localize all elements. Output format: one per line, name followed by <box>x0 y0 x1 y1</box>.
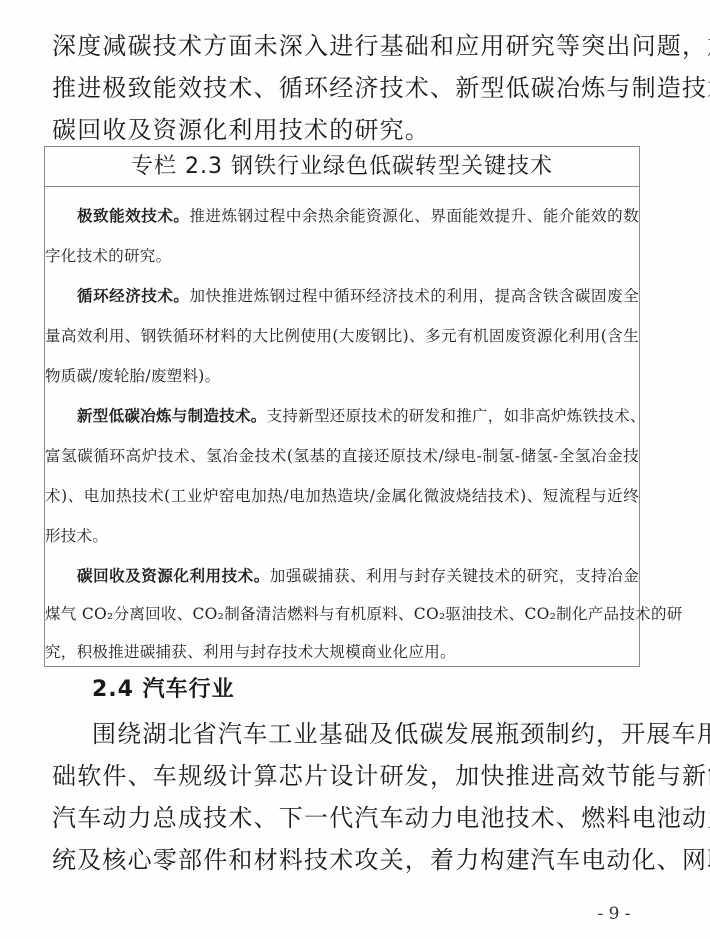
box-item-line: 新型低碳冶炼与制造技术。支持新型还原技术的研发和推广，如非高炉炼铁技术、 <box>77 405 639 427</box>
box-item-line: 究，积极推进碳捕获、利用与封存技术大规模商业化应用。 <box>45 641 639 663</box>
box-item-heading: 循环经济技术。 <box>77 287 189 305</box>
paragraph-line: 深度减碳技术方面未深入进行基础和应用研究等突出问题，加快 <box>52 32 640 60</box>
box-item-heading: 极致能效技术。 <box>77 207 189 225</box>
box-item-heading: 碳回收及资源化利用技术。 <box>77 567 270 585</box>
box-item-line: 碳回收及资源化利用技术。加强碳捕获、利用与封存关键技术的研究，支持冶金 <box>77 565 639 587</box>
page-number: - 9 - <box>586 903 642 925</box>
box-item-line: 极致能效技术。推进炼钢过程中余热余能资源化、界面能效提升、能介能效的数 <box>77 205 639 227</box>
box-item-heading: 新型低碳冶炼与制造技术。 <box>77 407 267 425</box>
box-item-line: 量高效利用、钢铁循环材料的大比例使用(大废钢比)、多元有机固废资源化利用(含生 <box>45 325 639 347</box>
section-heading: 2.4 汽车行业 <box>92 676 235 704</box>
box-item-line: 物质碳/废轮胎/废塑料)。 <box>45 365 639 387</box>
box-item-line: 煤气 CO₂分离回收、CO₂制备清洁燃料与有机原料、CO₂驱油技术、CO₂制化产… <box>45 603 639 625</box>
paragraph-line: 础软件、车规级计算芯片设计研发，加快推进高效节能与新能源 <box>52 762 640 790</box>
paragraph-line: 推进极致能效技术、循环经济技术、新型低碳冶炼与制造技术和 <box>52 74 640 102</box>
paragraph-line: 围绕湖北省汽车工业基础及低碳发展瓶颈制约，开展车用基 <box>92 720 640 748</box>
box-item-line: 术)、电加热技术(工业炉窑电加热/电加热造块/金属化微波烧结技术)、短流程与近终 <box>45 485 639 507</box>
box-item-line: 循环经济技术。加快推进炼钢过程中循环经济技术的利用，提高含铁含碳固废全 <box>77 285 639 307</box>
box-item-line: 形技术。 <box>45 525 639 547</box>
paragraph-line: 统及核心零部件和材料技术攻关，着力构建汽车电动化、网联化、 <box>52 846 640 874</box>
paragraph-line: 汽车动力总成技术、下一代汽车动力电池技术、燃料电池动力系 <box>52 804 640 832</box>
box-item-line: 富氢碳循环高炉技术、氢冶金技术(氢基的直接还原技术/绿电-制氢-储氢-全氢冶金技 <box>45 445 639 467</box>
box-item-line: 字化技术的研究。 <box>45 245 639 267</box>
paragraph-line: 碳回收及资源化利用技术的研究。 <box>52 116 640 144</box>
feature-box: 专栏 2.3 钢铁行业绿色低碳转型关键技术 极致能效技术。推进炼钢过程中余热余能… <box>44 146 640 667</box>
box-title: 专栏 2.3 钢铁行业绿色低碳转型关键技术 <box>45 147 639 187</box>
